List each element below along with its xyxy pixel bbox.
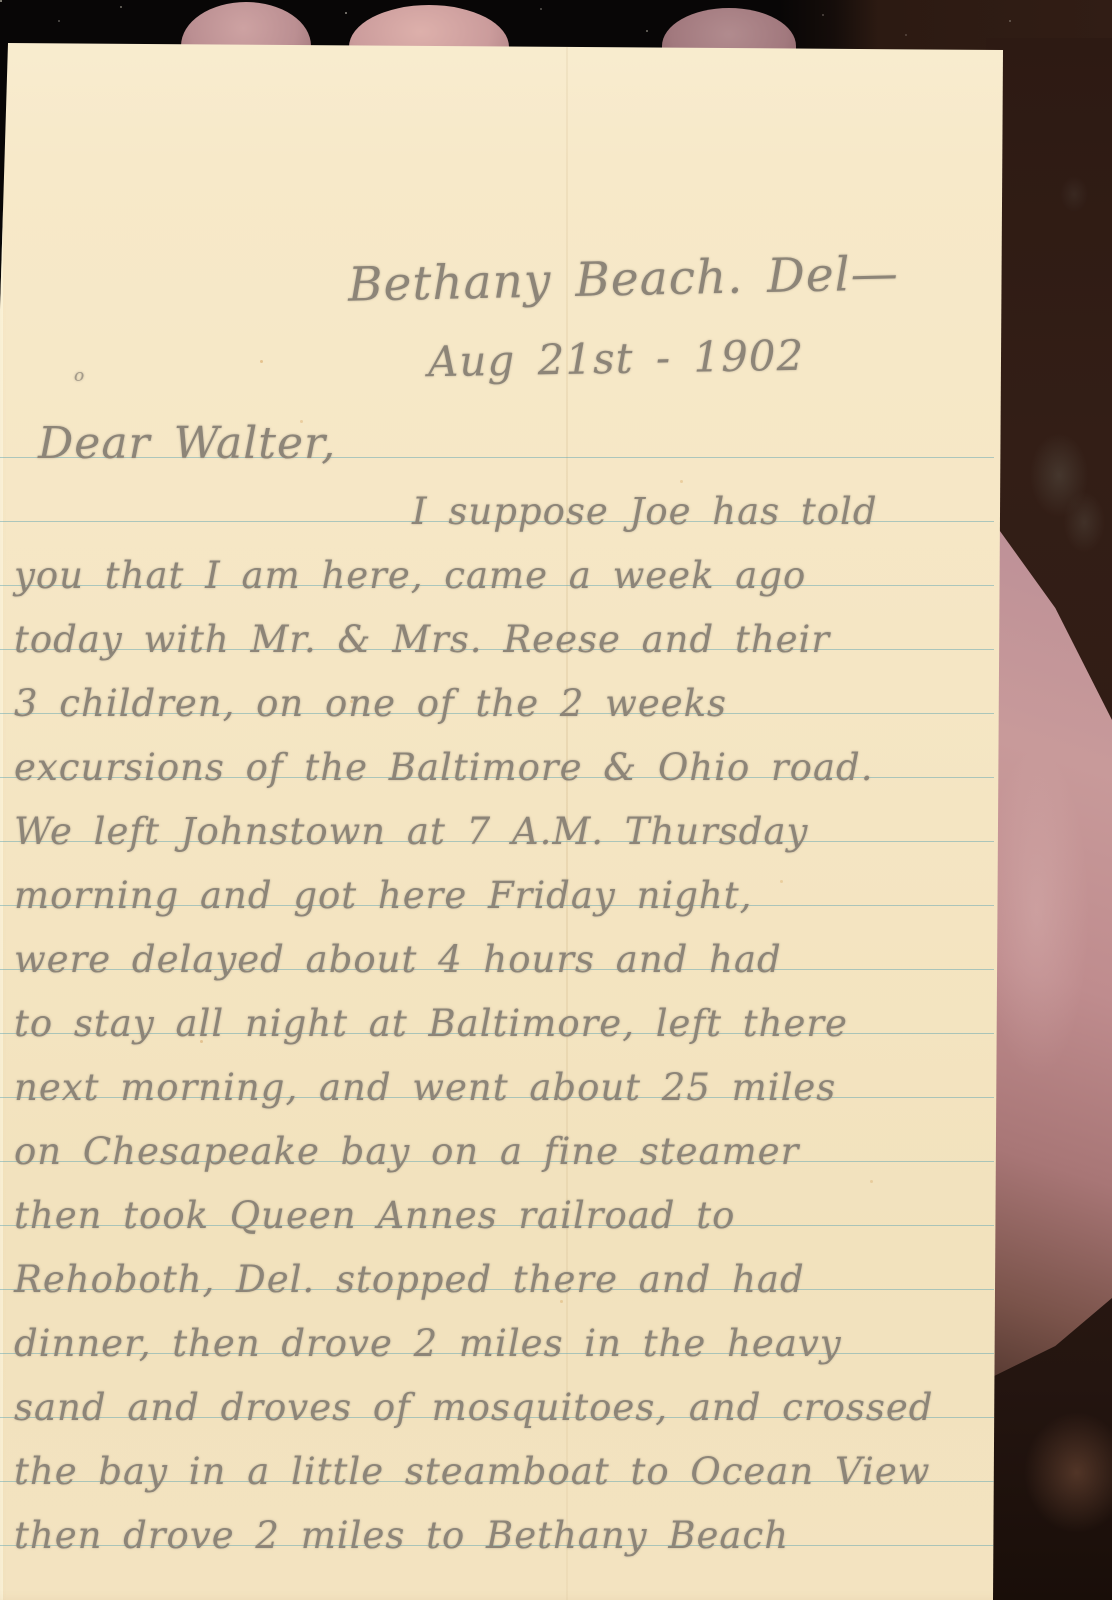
stray-pencil-mark: o [74, 368, 85, 385]
letter-line: excursions of the Baltimore & Ohio road. [14, 749, 873, 786]
letter-line: were delayed about 4 hours and had [14, 941, 782, 978]
letter-line: We left Johnstown at 7 A.M. Thursday [14, 813, 808, 850]
letter-line: you that I am here, came a week ago [14, 557, 806, 594]
letter-heading-date: Aug 21st - 1902 [428, 335, 805, 384]
paper-flecks [260, 360, 263, 363]
letter-line: dinner, then drove 2 miles in the heavy [14, 1325, 842, 1362]
letter-line: I suppose Joe has told [14, 493, 878, 530]
letter-line: 3 children, on one of the 2 weeks [14, 685, 727, 722]
palm-and-thumb-area [986, 38, 1112, 1600]
letter-heading-location: Bethany Beach. Del— [348, 250, 900, 309]
letter-line: the bay in a little steamboat to Ocean V… [14, 1453, 930, 1490]
thumb-shadow-glow [986, 1368, 1112, 1600]
dust-speckles [0, 0, 2, 2]
letter-sheet: Bethany Beach. Del— Aug 21st - 1902 o De… [0, 0, 1112, 1600]
letter-line: then drove 2 miles to Bethany Beach [14, 1517, 789, 1554]
letter-line: then took Queen Annes railroad to [14, 1197, 735, 1234]
letter-line: next morning, and went about 25 miles [14, 1069, 836, 1106]
letter-line: on Chesapeake bay on a fine steamer [14, 1133, 799, 1170]
letter-line: today with Mr. & Mrs. Reese and their [14, 621, 830, 658]
palm-highlight [986, 508, 1112, 1408]
letter-line: Rehoboth, Del. stopped there and had [14, 1261, 805, 1298]
letter-line: morning and got here Friday night, [14, 877, 752, 914]
letter-line: sand and droves of mosquitoes, and cross… [14, 1389, 933, 1426]
letter-salutation: Dear Walter, [38, 422, 336, 466]
letter-line: to stay all night at Baltimore, left the… [14, 1005, 848, 1042]
photo-of-handheld-letter: Bethany Beach. Del— Aug 21st - 1902 o De… [0, 0, 1112, 1600]
